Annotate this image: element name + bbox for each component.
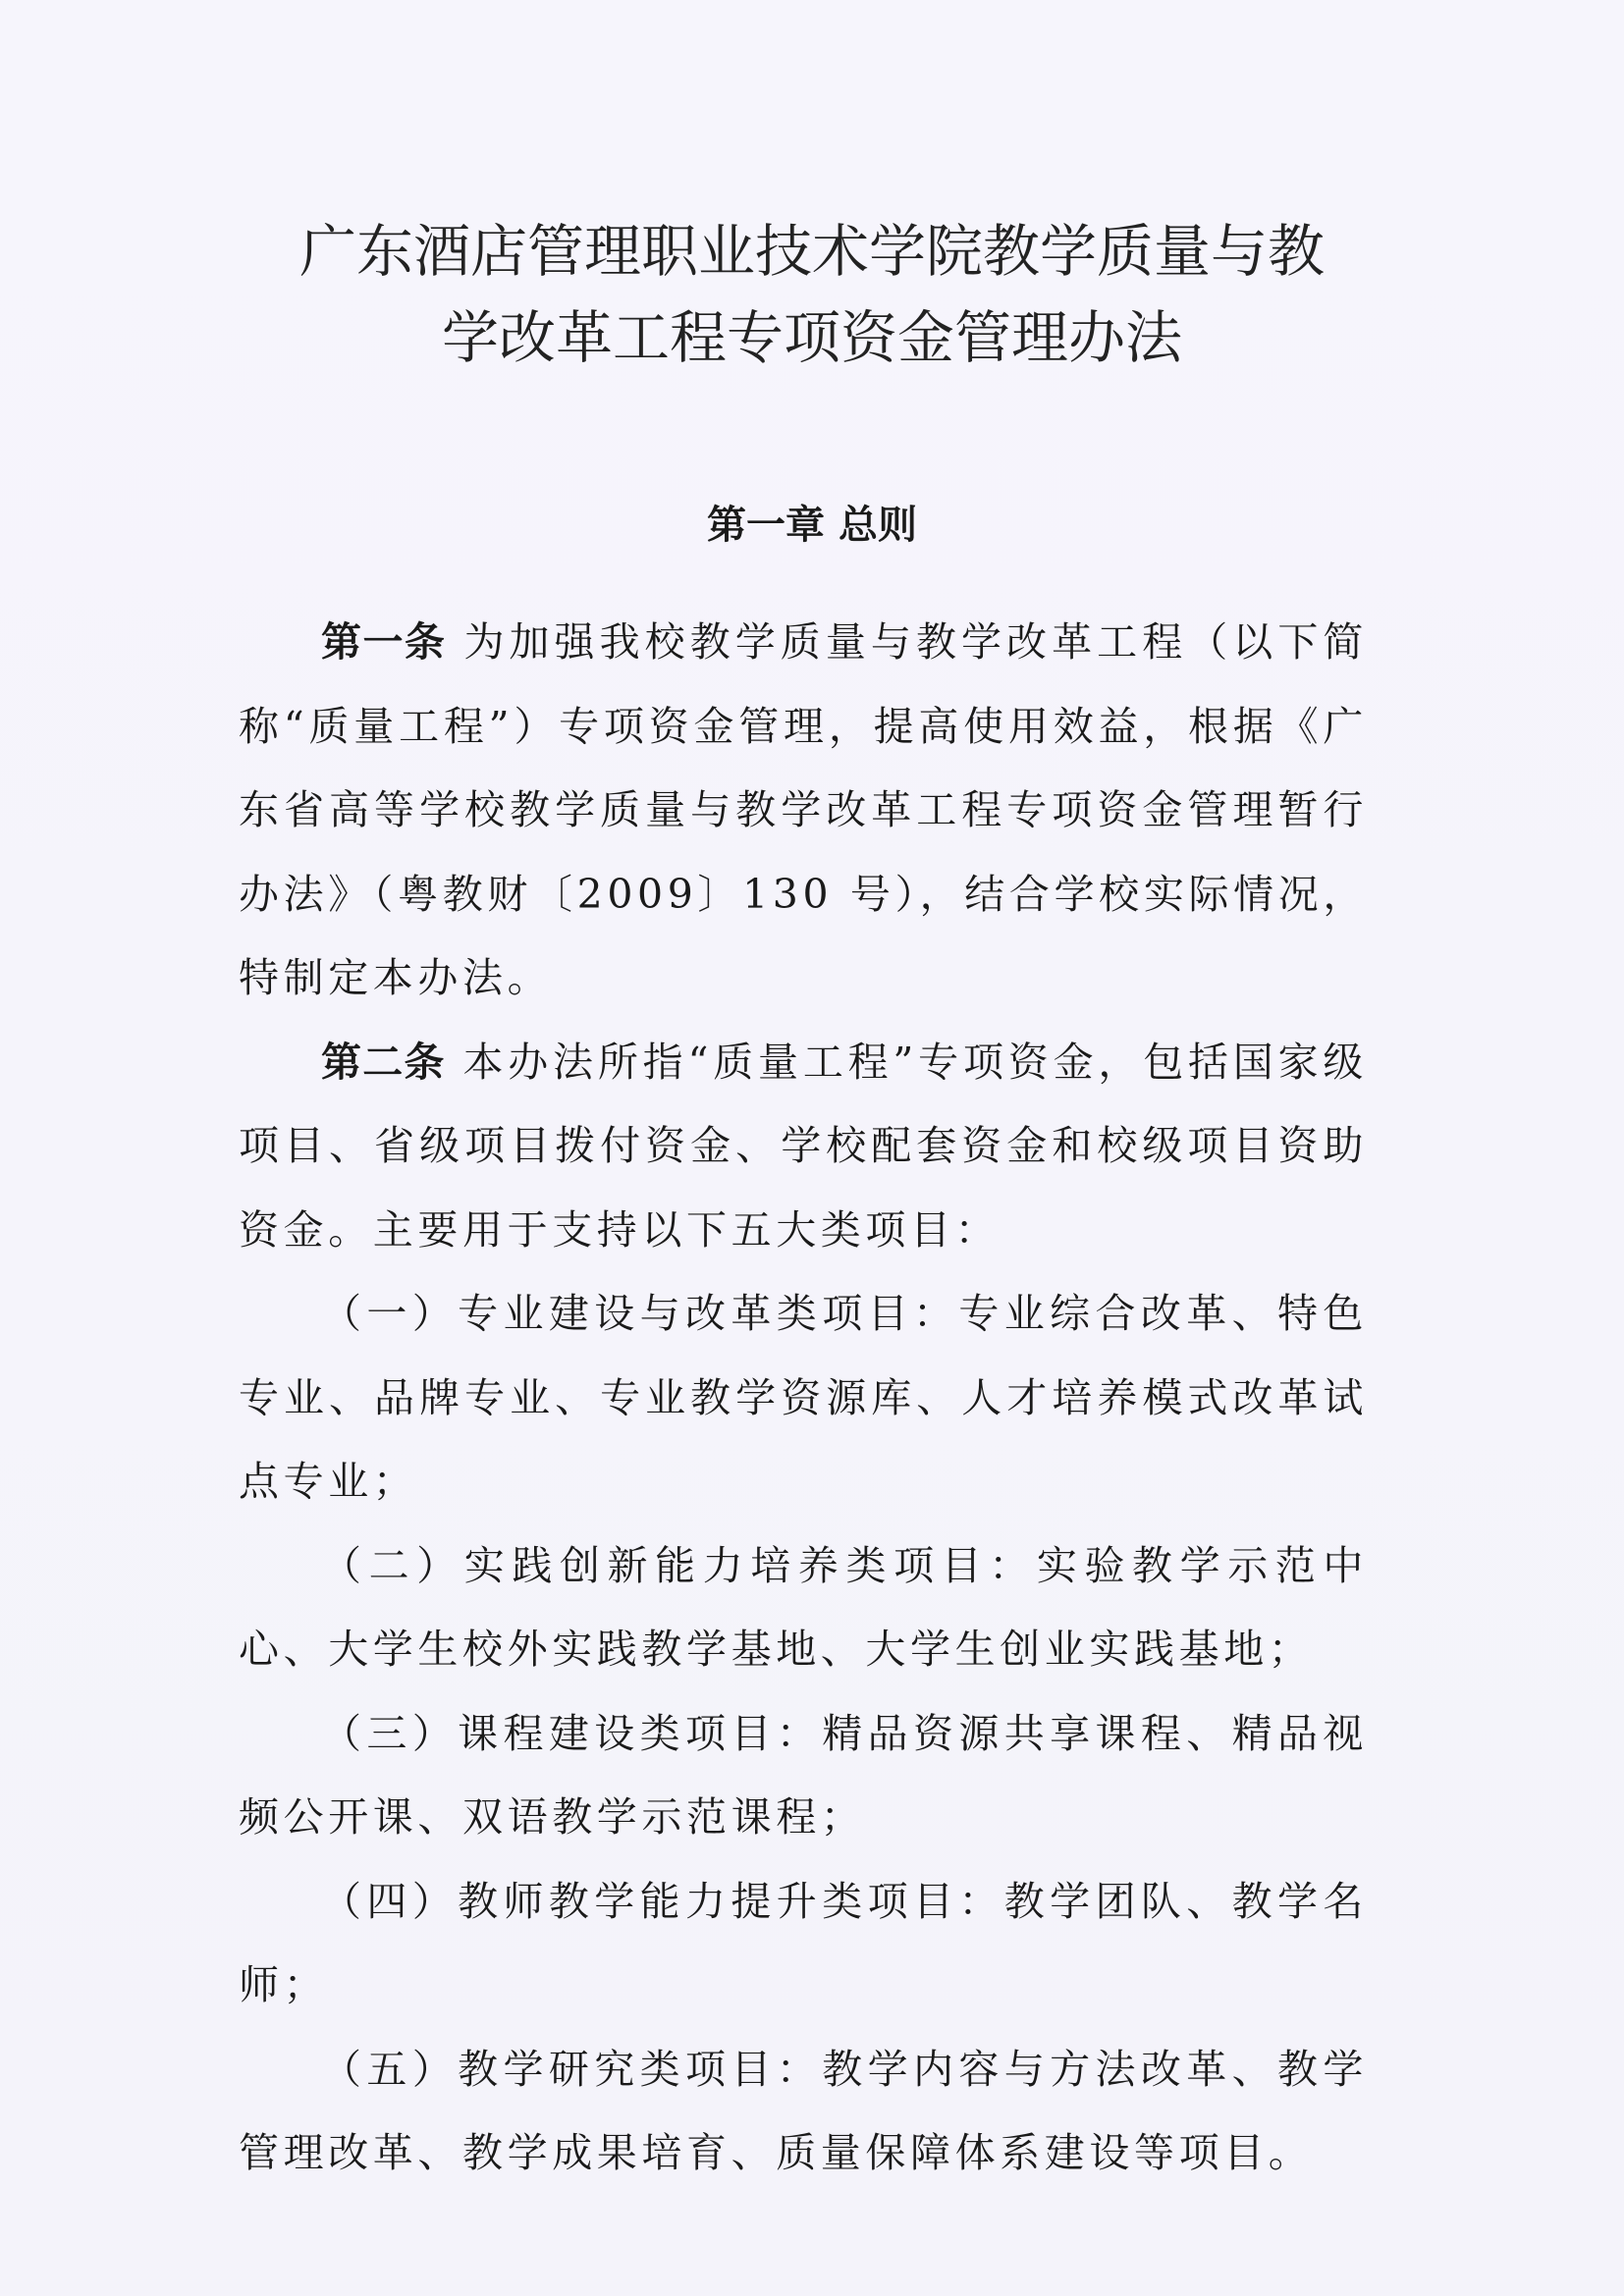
title-line-2: 学改革工程专项资金管理办法 [0, 294, 1624, 381]
paragraph-text: （二）实践创新能力培养类项目：实验教学示范中心、大学生校外实践教学基地、大学生创… [239, 1542, 1368, 1674]
list-item-5: （五）教学研究类项目：教学内容与方法改革、教学管理改革、教学成果培育、质量保障体… [239, 2028, 1368, 2196]
article-paragraph-2: 第二条 本办法所指“质量工程”专项资金，包括国家级项目、省级项目拨付资金、学校配… [239, 1021, 1368, 1273]
article-label: 第二条 [321, 1039, 446, 1086]
list-item-4: （四）教师教学能力提升类项目：教学团队、教学名师； [239, 1860, 1368, 2028]
article-paragraph-1: 第一条 为加强我校教学质量与教学改革工程（以下简称“质量工程”）专项资金管理，提… [239, 601, 1368, 1021]
paragraph-text: （五）教学研究类项目：教学内容与方法改革、教学管理改革、教学成果培育、质量保障体… [239, 2046, 1368, 2177]
paragraph-text: 为加强我校教学质量与教学改革工程（以下简称“质量工程”）专项资金管理，提高使用效… [239, 618, 1368, 1001]
paragraph-text: （一）专业建设与改革类项目：专业综合改革、特色专业、品牌专业、专业教学资源库、人… [239, 1290, 1368, 1505]
document-title: 广东酒店管理职业技术学院教学质量与教 学改革工程专项资金管理办法 [0, 208, 1624, 381]
list-item-2: （二）实践创新能力培养类项目：实验教学示范中心、大学生校外实践教学基地、大学生创… [239, 1524, 1368, 1692]
chapter-heading: 第一章 总则 [0, 496, 1624, 555]
list-item-3: （三）课程建设类项目：精品资源共享课程、精品视频公开课、双语教学示范课程； [239, 1692, 1368, 1860]
document-page: 广东酒店管理职业技术学院教学质量与教 学改革工程专项资金管理办法 第一章 总则 … [0, 0, 1624, 2296]
list-item-1: （一）专业建设与改革类项目：专业综合改革、特色专业、品牌专业、专业教学资源库、人… [239, 1272, 1368, 1524]
paragraph-text: （四）教师教学能力提升类项目：教学团队、教学名师； [239, 1878, 1368, 2009]
document-body: 第一条 为加强我校教学质量与教学改革工程（以下简称“质量工程”）专项资金管理，提… [239, 601, 1368, 2196]
article-label: 第一条 [321, 618, 446, 666]
title-line-1: 广东酒店管理职业技术学院教学质量与教 [0, 208, 1624, 294]
paragraph-text: （三）课程建设类项目：精品资源共享课程、精品视频公开课、双语教学示范课程； [239, 1710, 1368, 1842]
